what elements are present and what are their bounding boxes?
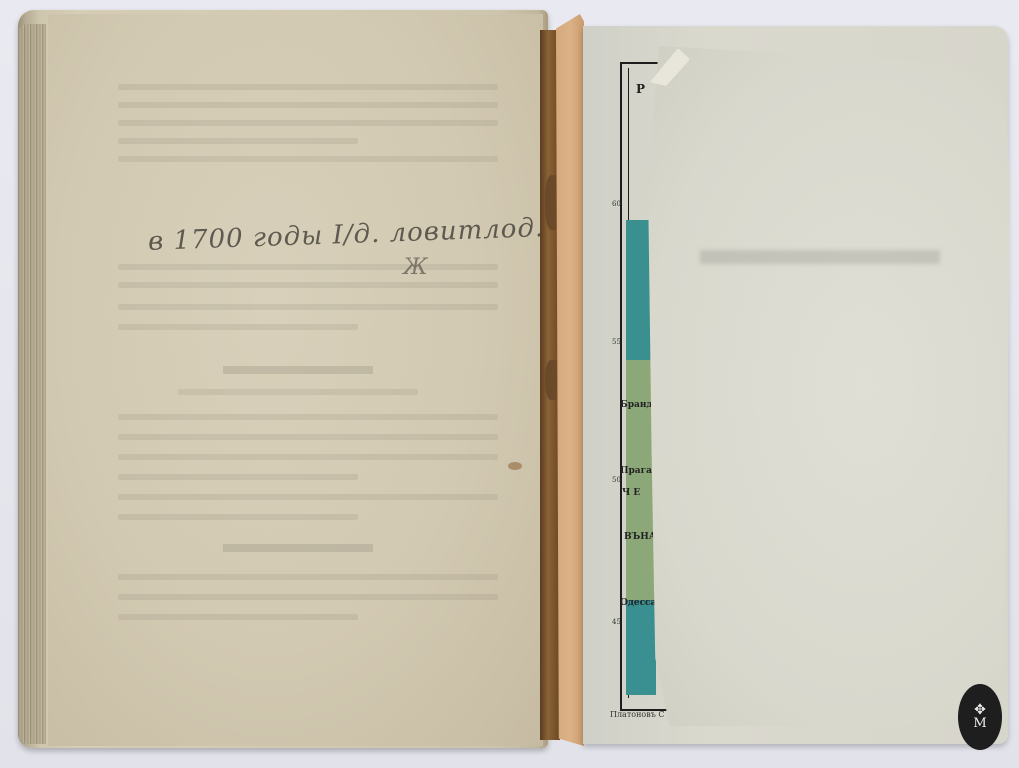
watermark-letter: M [973,717,986,731]
bleed-through-line [118,138,358,144]
watermark-logo: ✥ M [958,684,1002,750]
map-label: Бранд. [620,400,656,410]
left-page-block: в 1700 годы I/д. ловитлод. Ж [18,10,548,748]
map-title: Р [636,82,645,96]
faint-bleed-text [700,250,940,264]
bleed-through-line [118,474,358,480]
bleed-through-line [118,324,358,330]
latitude-label: 55 [612,338,621,346]
latitude-label: 45 [612,618,621,626]
bleed-through-line [178,389,418,395]
bleed-through-line [118,102,498,108]
map-sea [626,600,656,695]
bleed-through-line [118,304,498,310]
bleed-through-line [118,494,498,500]
bleed-through-line [118,282,498,288]
latitude-label: 50 [612,476,621,484]
bleed-through-line [118,156,498,162]
bleed-through-line [118,574,498,580]
bleed-through-line [118,514,358,520]
bleed-through-line [118,614,358,620]
stain [508,462,522,470]
map-label: Одесса [620,598,656,608]
bleed-through-line [118,264,498,270]
map-label: Прага [620,466,652,476]
pencil-signature: Ж [403,255,428,280]
blank-overlay-page [648,46,1010,726]
page-edges [18,24,46,744]
latitude-label: 60 [612,200,621,208]
flower-icon: ✥ [974,703,986,717]
bleed-through-line [118,434,498,440]
publisher-credit: Платоновъ С [610,710,664,719]
torn-spine-strip [556,14,584,746]
bleed-through-line [118,594,498,600]
bleed-through-heading [223,366,373,374]
bleed-through-line [118,414,498,420]
bleed-through-heading [223,544,373,552]
bleed-through-line [118,454,498,460]
map-label: Ч Е [622,488,640,498]
map-label: ВЪНА [624,532,656,542]
left-page [48,14,543,746]
bleed-through-line [118,84,498,90]
bleed-through-line [118,120,498,126]
